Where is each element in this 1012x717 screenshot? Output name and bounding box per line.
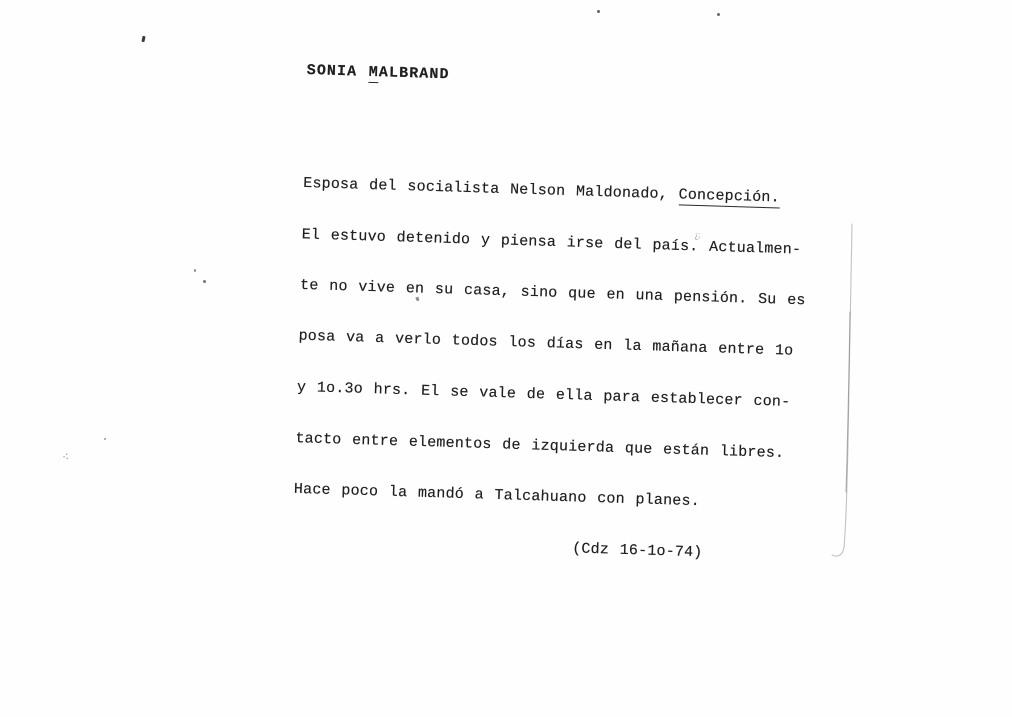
document-title: SONIA MALBRAND [306,62,816,95]
body-line-4: posa va a verlo todos los días en la mañ… [298,328,808,361]
body-line-7: Hace poco la mandó a Talcahuano con plan… [294,481,804,514]
title-part: SONIA [306,62,369,81]
scanned-document-page: SONIA MALBRAND Esposa del socialista Nel… [0,0,1012,717]
typed-text-block: SONIA MALBRAND Esposa del socialista Nel… [290,28,818,632]
paper-crease-line [820,222,870,567]
scan-speck [141,36,145,42]
body-line-5: y 1o.3o hrs. El se vale de ella para est… [297,379,807,412]
body-line-2: El estuvo detenido y piensa irse del paí… [301,226,811,259]
body-line-3: te no vive en su casa, sino que en una p… [300,277,810,310]
body-line-1-text: Esposa del socialista Nelson Maldonado, [303,175,679,203]
body-line-1: Esposa del socialista Nelson Maldonado, … [303,175,813,208]
body-line-1-underlined-word: Concepción. [678,186,780,208]
scan-speck [104,438,106,440]
scan-speck [203,280,206,283]
citation-line: (Cdz 16-1o-74) [292,532,802,565]
title-part: ALBRAND [379,64,450,83]
body-line-6: tacto entre elementos de izquierda que e… [295,430,805,463]
scan-speck [194,269,196,272]
document-body: Esposa del socialista Nelson Maldonado, … [291,141,814,598]
scan-speck [717,13,720,16]
scan-smudge: ⁖ [61,450,69,465]
scan-speck [597,10,600,13]
scan-smudge: ¿: [693,231,700,242]
